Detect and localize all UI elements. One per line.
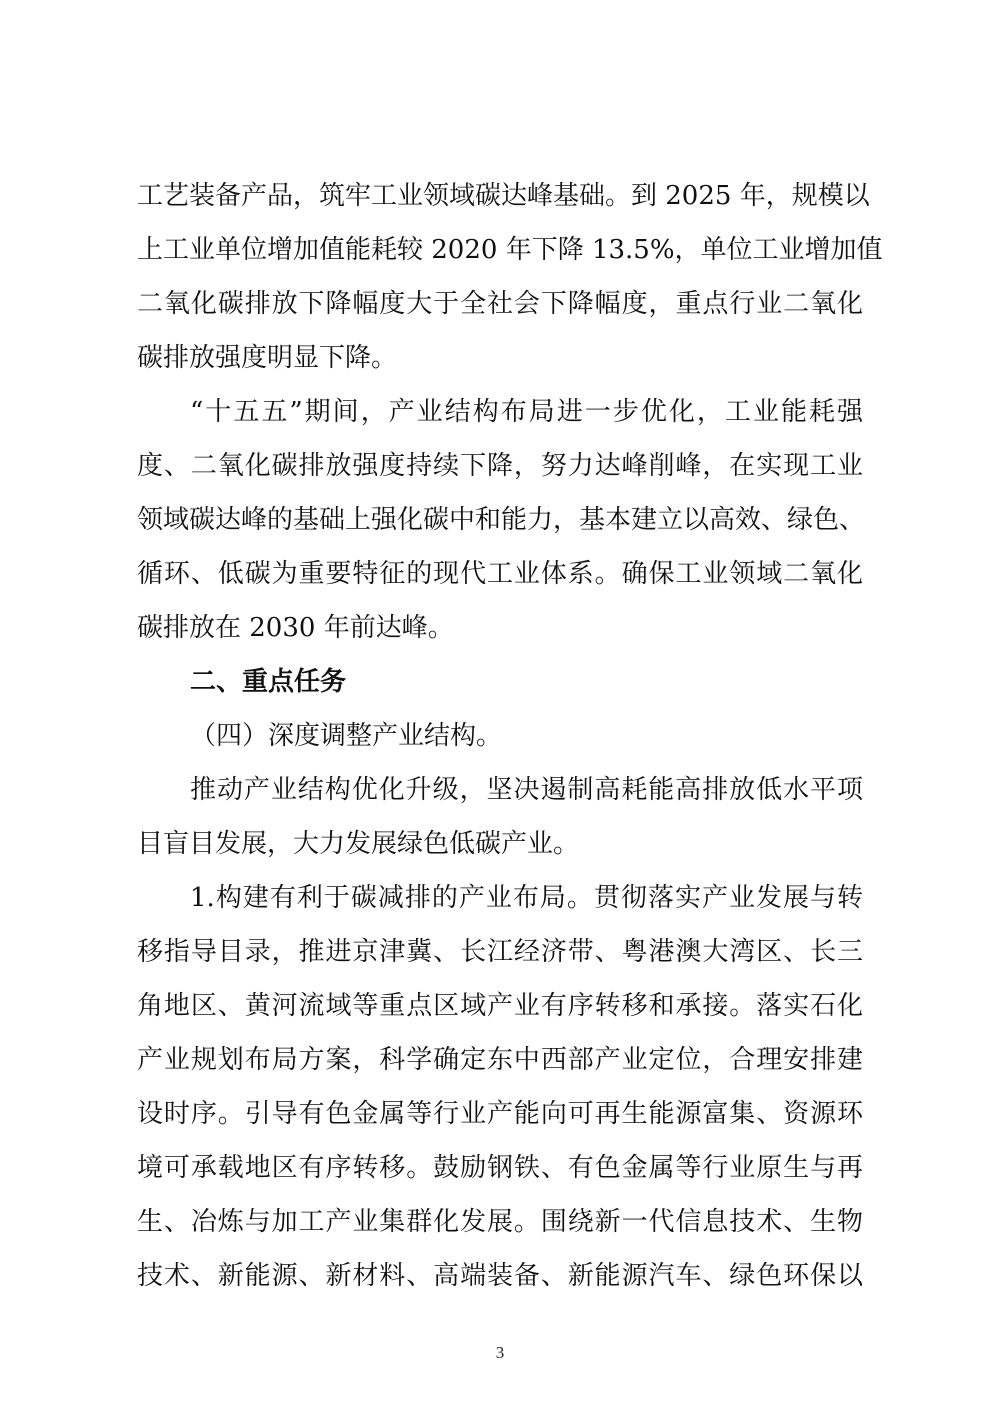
paragraph-line: 度、二氧化碳排放强度持续下降，努力达峰削峰，在实现工业 — [137, 446, 863, 486]
paragraph-line: “十五五”期间，产业结构布局进一步优化，工业能耗强 — [190, 392, 863, 432]
paragraph-line: 移指导目录，推进京津冀、长江经济带、粤港澳大湾区、长三 — [137, 932, 863, 972]
section-heading: 二、重点任务 — [190, 662, 863, 702]
paragraph-line: 设时序。引导有色金属等行业产能向可再生能源富集、资源环 — [137, 1094, 863, 1134]
paragraph-line: 领域碳达峰的基础上强化碳中和能力，基本建立以高效、绿色、 — [137, 500, 863, 540]
paragraph-line: 碳排放强度明显下降。 — [137, 338, 863, 378]
paragraph-line: 上工业单位增加值能耗较 2020 年下降 13.5%，单位工业增加值 — [137, 230, 863, 270]
paragraph-line: 工艺装备产品，筑牢工业领域碳达峰基础。到 2025 年，规模以 — [137, 176, 863, 216]
paragraph-line: 生、冶炼与加工产业集群化发展。围绕新一代信息技术、生物 — [137, 1202, 863, 1242]
paragraph-line: 角地区、黄河流域等重点区域产业有序转移和承接。落实石化 — [137, 986, 863, 1026]
paragraph-line: 境可承载地区有序转移。鼓励钢铁、有色金属等行业原生与再 — [137, 1148, 863, 1188]
paragraph-line: 二氧化碳排放下降幅度大于全社会下降幅度，重点行业二氧化 — [137, 284, 863, 324]
paragraph-line: 技术、新能源、新材料、高端装备、新能源汽车、绿色环保以 — [137, 1256, 863, 1296]
subsection-heading: （四）深度调整产业结构。 — [190, 716, 863, 756]
document-page: 工艺装备产品，筑牢工业领域碳达峰基础。到 2025 年，规模以 上工业单位增加值… — [0, 0, 1000, 1414]
paragraph-line: 产业规划布局方案，科学确定东中西部产业定位，合理安排建 — [137, 1040, 863, 1080]
paragraph-line: 碳排放在 2030 年前达峰。 — [137, 608, 863, 648]
page-number: 3 — [0, 1343, 1000, 1363]
paragraph-line: 目盲目发展，大力发展绿色低碳产业。 — [137, 824, 863, 864]
paragraph-line: 循环、低碳为重要特征的现代工业体系。确保工业领域二氧化 — [137, 554, 863, 594]
paragraph-line: 推动产业结构优化升级，坚决遏制高耗能高排放低水平项 — [190, 770, 863, 810]
paragraph-line: 1.构建有利于碳减排的产业布局。贯彻落实产业发展与转 — [190, 878, 863, 918]
